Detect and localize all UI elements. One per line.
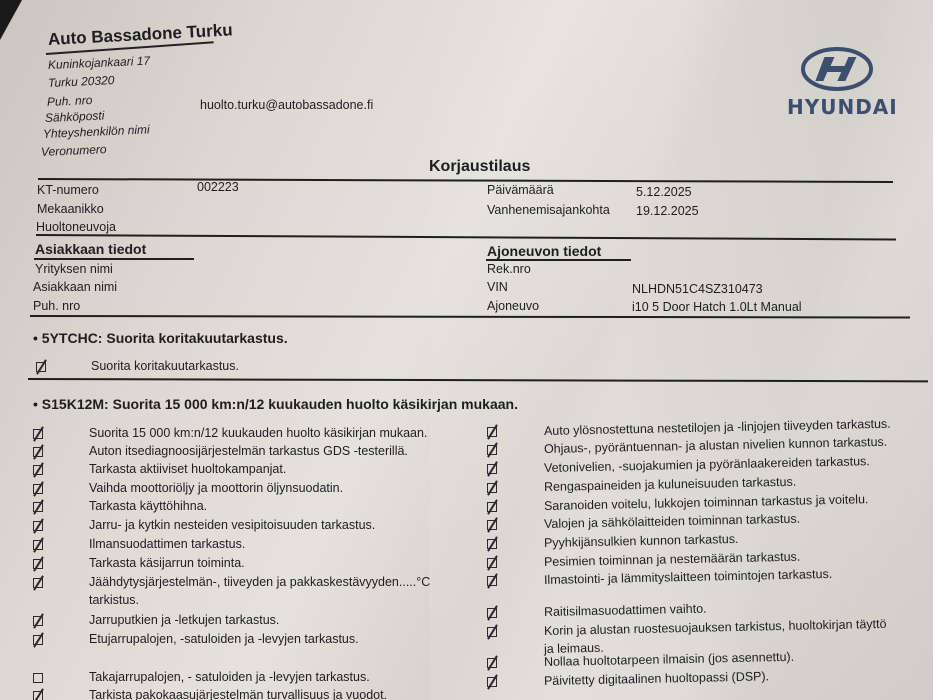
document-title: Korjaustilaus — [429, 158, 530, 176]
checklist-item-left-4: Tarkasta käyttöhihna. — [89, 499, 207, 513]
customer-phone-label: Puh. nro — [33, 299, 80, 313]
checkbox-right-7[interactable] — [487, 558, 497, 568]
checkbox-right-1[interactable] — [487, 445, 497, 455]
checklist-item-left-5: Jarru- ja kytkin nesteiden vesipitoisuud… — [89, 518, 375, 532]
info-rule — [30, 315, 910, 319]
checkbox-right-12[interactable] — [487, 677, 497, 687]
customer-company-label: Yrityksen nimi — [35, 262, 113, 276]
checkbox-right-0[interactable] — [487, 427, 497, 437]
checkbox-left-9[interactable] — [33, 616, 43, 626]
checklist-item-left-6: Ilmansuodattimen tarkastus. — [89, 537, 245, 551]
vehicle-heading: Ajoneuvon tiedot — [487, 243, 601, 259]
kt-number-value: 002223 — [197, 180, 239, 194]
checklist-item-left-8: Jäähdytysjärjestelmän-, tiiveyden ja pak… — [89, 575, 430, 589]
checklist-item-left-10: Etujarrupalojen, -satuloiden ja -levyjen… — [89, 632, 359, 646]
checkbox-left-8[interactable] — [33, 578, 43, 588]
hyundai-logo-icon — [800, 45, 874, 98]
checkbox-right-4[interactable] — [487, 502, 497, 512]
checkbox-left-3[interactable] — [33, 484, 43, 494]
company-street: Kuninkojankaari 17 — [48, 54, 151, 72]
job-item-bodycheck: Suorita koritakuutarkastus. — [91, 359, 239, 373]
checkbox-left-6[interactable] — [33, 540, 43, 550]
checklist-item-right-1: Ohjaus-, pyöräntuennan- ja alustan nivel… — [544, 435, 887, 456]
checklist-item-left-3: Vaihda moottoriöljy ja moottorin öljynsu… — [89, 481, 343, 495]
kt-number-label: KT-numero — [37, 183, 99, 197]
checklist-item-right-0: Auto ylösnostettuna nestetilojen ja -lin… — [544, 417, 891, 438]
checkbox-left-5[interactable] — [33, 521, 43, 531]
header-rule — [36, 234, 896, 241]
job-rule — [28, 378, 928, 382]
checklist-item-left-12: Tarkista pakokaasujärjestelmän turvallis… — [89, 688, 387, 700]
vehicle-heading-underline — [486, 259, 631, 261]
checklist-item-left-8-cont: tarkistus. — [89, 593, 139, 607]
company-contact-label: Yhteyshenkilön nimi — [43, 122, 150, 141]
checklist-item-left-7: Tarkasta käsijarrun toiminta. — [89, 556, 245, 570]
checkbox-bodycheck[interactable] — [36, 362, 46, 372]
checkbox-right-6[interactable] — [487, 539, 497, 549]
checkbox-right-8[interactable] — [487, 576, 497, 586]
checkbox-left-11[interactable] — [33, 673, 43, 683]
checklist-item-left-1: Auton itsediagnoosijärjestelmän tarkastu… — [89, 444, 408, 458]
vehicle-model-value: i10 5 Door Hatch 1.0Lt Manual — [632, 300, 802, 314]
expiry-value: 19.12.2025 — [636, 204, 699, 218]
company-city: Turku 20320 — [48, 73, 115, 90]
mechanic-label: Mekaanikko — [37, 202, 104, 216]
company-email-label: Sähköposti — [45, 108, 105, 125]
checkbox-left-1[interactable] — [33, 447, 43, 457]
checklist-item-right-9: Raitisilmasuodattimen vaihto. — [544, 602, 707, 619]
checklist-item-right-2: Vetonivelien, -suojakumien ja pyöränlaak… — [544, 454, 870, 475]
advisor-label: Huoltoneuvoja — [36, 220, 116, 234]
checkbox-right-11[interactable] — [487, 658, 497, 668]
title-rule — [38, 178, 893, 183]
customer-heading: Asiakkaan tiedot — [35, 241, 146, 257]
checklist-item-right-10: Korin ja alustan ruostesuojauksen tarkis… — [544, 617, 887, 638]
checklist-item-right-4: Saranoiden voitelu, lukkojen toiminnan t… — [544, 492, 869, 513]
checkbox-right-9[interactable] — [487, 608, 497, 618]
checkbox-left-7[interactable] — [33, 559, 43, 569]
hyundai-wordmark: HYUNDAI — [787, 95, 898, 119]
checkbox-left-0[interactable] — [33, 429, 43, 439]
checklist-item-right-5: Valojen ja sähkölaitteiden toiminnan tar… — [544, 512, 800, 531]
company-phone-label: Puh. nro — [47, 93, 93, 109]
checkbox-left-4[interactable] — [33, 502, 43, 512]
checkbox-right-3[interactable] — [487, 483, 497, 493]
photo-corner-shadow — [0, 0, 22, 40]
vehicle-model-label: Ajoneuvo — [487, 299, 539, 313]
checklist-item-right-8: Ilmastointi- ja lämmityslaitteen toimint… — [544, 567, 833, 587]
checkbox-left-10[interactable] — [33, 635, 43, 645]
checklist-item-right-7: Pesimien toiminnan ja nestemäärän tarkas… — [544, 550, 801, 569]
checklist-item-right-6: Pyyhkijänsulkien kunnon tarkastus. — [544, 532, 739, 550]
vehicle-reg-label: Rek.nro — [487, 262, 531, 276]
date-label: Päivämäärä — [487, 183, 554, 197]
checkbox-right-5[interactable] — [487, 520, 497, 530]
vehicle-vin-value: NLHDN51C4SZ310473 — [632, 282, 763, 296]
job-heading-service: • S15K12M: Suorita 15 000 km:n/12 kuukau… — [33, 396, 518, 412]
checkbox-left-2[interactable] — [33, 465, 43, 475]
checklist-item-right-3: Rengaspaineiden ja kuluneisuuden tarkast… — [544, 475, 797, 494]
checklist-item-left-9: Jarruputkien ja -letkujen tarkastus. — [89, 613, 279, 627]
checklist-item-left-11: Takajarrupalojen, - satuloiden ja -levyj… — [89, 670, 370, 684]
checklist-item-left-0: Suorita 15 000 km:n/12 kuukauden huolto … — [89, 426, 427, 440]
customer-name-label: Asiakkaan nimi — [33, 280, 117, 294]
vehicle-vin-label: VIN — [487, 280, 508, 294]
checkbox-left-12[interactable] — [33, 691, 43, 700]
job-heading-bodycheck: • 5YTCHC: Suorita koritakuutarkastus. — [33, 330, 288, 346]
expiry-label: Vanhenemisajankohta — [487, 203, 610, 217]
checkbox-right-10[interactable] — [487, 627, 497, 637]
checklist-item-right-12: Päivitetty digitaalinen huoltopassi (DSP… — [544, 669, 769, 688]
company-tax-label: Veronumero — [41, 142, 107, 159]
checkbox-right-2[interactable] — [487, 464, 497, 474]
customer-heading-underline — [34, 258, 194, 260]
date-value: 5.12.2025 — [636, 185, 692, 199]
checklist-item-left-2: Tarkasta aktiiviset huoltokampanjat. — [89, 462, 286, 476]
company-email: huolto.turku@autobassadone.fi — [200, 98, 373, 112]
